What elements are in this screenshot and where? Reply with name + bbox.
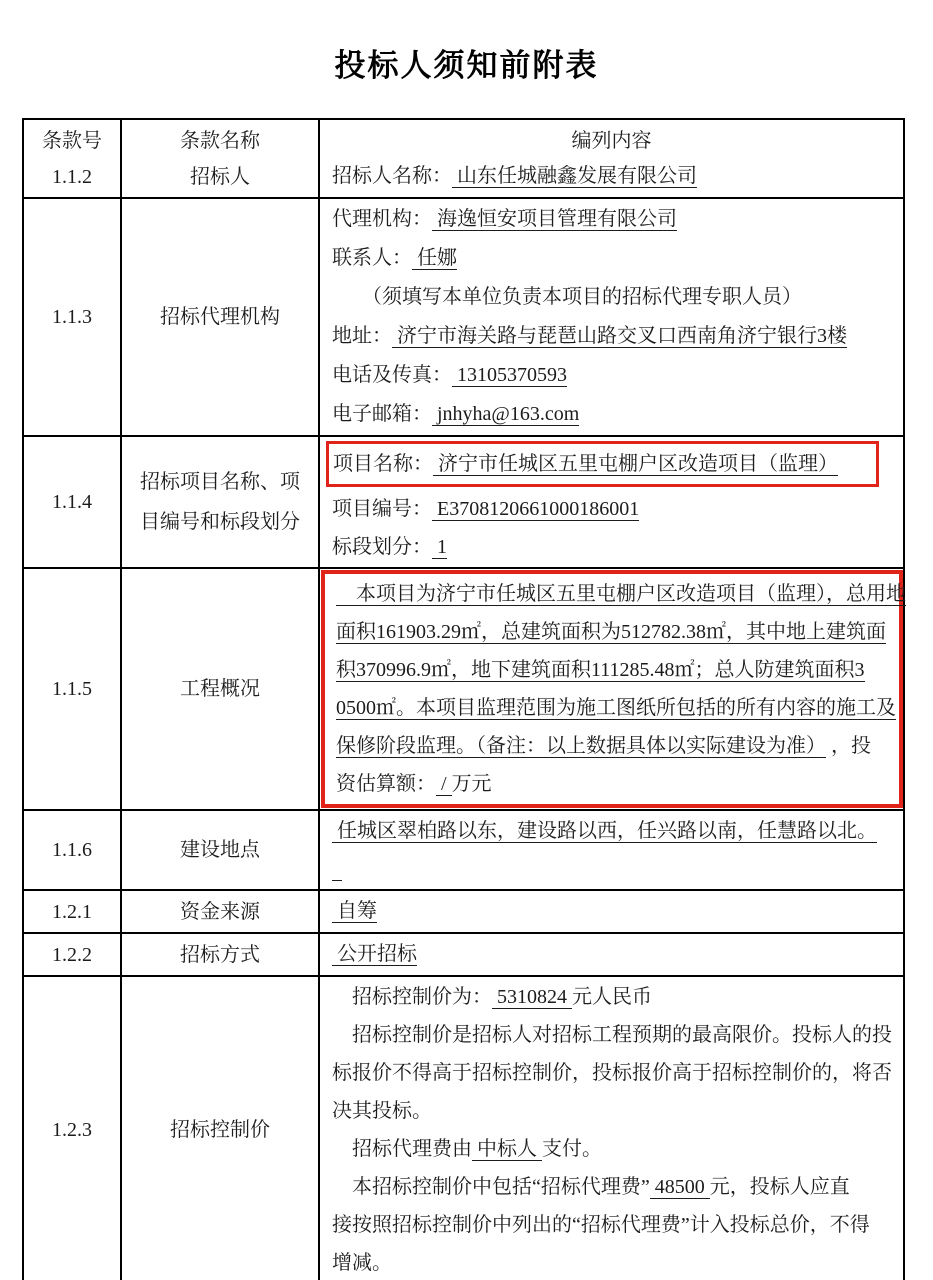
content-line: 接按照招标控制价中列出的“招标代理费”计入投标总价，不得 — [332, 1206, 895, 1244]
text-segment: 支付。 — [542, 1138, 602, 1160]
content-line — [332, 850, 895, 888]
content-line: 招标控制价为： 5310824 元人民币 — [332, 978, 895, 1016]
content-line: 决其投标。 — [332, 1092, 895, 1130]
filled-value: 13105370593 — [452, 364, 567, 387]
clause-no: 1.1.6 — [24, 811, 120, 889]
filled-value: 海逸恒安项目管理有限公司 — [432, 208, 677, 231]
text-segment: 招标控制价为： — [332, 986, 492, 1008]
content-line: 招标人名称： 山东任城融鑫发展有限公司 — [332, 157, 697, 196]
table-row: 1.1.2招标人招标人名称： 山东任城融鑫发展有限公司 — [24, 156, 903, 197]
page-title: 投标人须知前附表 — [0, 40, 933, 85]
clause-content: 任城区翠柏路以东，建设路以西，任兴路以南，任慧路以北。 — [318, 811, 903, 889]
text-segment: 招标代理费由 — [332, 1138, 472, 1160]
clause-name-line: 招标人 — [190, 157, 250, 197]
clause-content: 本项目为济宁市任城区五里屯棚户区改造项目（监理），总用地面积161903.29㎡… — [318, 569, 903, 809]
content-line: 项目名称： 济宁市任城区五里屯棚户区改造项目（监理） — [333, 445, 872, 483]
filled-value: 1 — [432, 536, 447, 559]
clause-name: 招标人 — [120, 156, 318, 197]
text-segment: 代理机构： — [332, 208, 432, 230]
content-line: 招标代理费由 中标人 支付。 — [332, 1130, 895, 1168]
clause-name: 招标项目名称、项目编号和标段划分 — [120, 437, 318, 567]
content-line: 增减。 — [332, 1244, 895, 1280]
text-segment: 标报价不得高于招标控制价，投标报价高于招标控制价的，将否 — [332, 1062, 892, 1084]
filled-value: 自筹 — [332, 900, 377, 923]
filled-value: 本项目为济宁市任城区五里屯棚户区改造项目（监理），总用地 — [336, 583, 906, 606]
clause-name-line: 目编号和标段划分 — [140, 502, 300, 542]
text-segment: 电子邮箱： — [332, 403, 432, 425]
filled-value: 48500 — [650, 1176, 710, 1199]
content-line: 本招标控制价中包括“招标代理费” 48500 元，投标人应直 — [332, 1168, 895, 1206]
table-row: 1.1.4招标项目名称、项目编号和标段划分项目名称： 济宁市任城区五里屯棚户区改… — [24, 435, 903, 567]
content-line: 电子邮箱： jnhyha@163.com — [332, 395, 895, 434]
text-segment: 元人民币 — [572, 986, 652, 1008]
text-segment: 项目编号： — [332, 498, 432, 520]
content-line: （须填写本单位负责本项目的招标代理专职人员） — [332, 278, 895, 317]
table-row: 1.2.3招标控制价 招标控制价为： 5310824 元人民币 招标控制价是招标… — [24, 975, 903, 1280]
filled-value: 公开招标 — [332, 943, 417, 966]
table-row: 1.1.6建设地点 任城区翠柏路以东，建设路以西，任兴路以南，任慧路以北。 — [24, 809, 903, 889]
content-line: 资估算额： / 万元 — [336, 765, 891, 803]
text-segment: 决其投标。 — [332, 1100, 432, 1122]
clause-name-line: 建设地点 — [180, 830, 260, 870]
table-row: 1.2.1资金来源 自筹 — [24, 889, 903, 932]
text-segment: 万元 — [452, 773, 492, 795]
clause-no: 1.1.3 — [24, 199, 120, 435]
clause-name: 建设地点 — [120, 811, 318, 889]
text-segment: 电话及传真： — [332, 364, 452, 386]
clause-content: 项目名称： 济宁市任城区五里屯棚户区改造项目（监理）项目编号： E3708120… — [318, 437, 903, 567]
table-row: 1.2.2招标方式 公开招标 — [24, 932, 903, 975]
filled-value: 面积161903.29㎡，总建筑面积为512782.38㎡，其中地上建筑面 — [336, 621, 886, 644]
content-line: 代理机构： 海逸恒安项目管理有限公司 — [332, 200, 895, 239]
clause-name-line: 招标代理机构 — [160, 297, 280, 337]
clause-no: 1.2.3 — [24, 977, 120, 1280]
content-line: 标段划分： 1 — [332, 528, 895, 566]
filled-value — [332, 858, 342, 881]
filled-value: 济宁市任城区五里屯棚户区改造项目（监理） — [433, 453, 838, 476]
text-segment: 地址： — [332, 325, 392, 347]
clause-name-line: 资金来源 — [180, 892, 260, 932]
content-line: 本项目为济宁市任城区五里屯棚户区改造项目（监理），总用地 — [336, 575, 891, 613]
clause-content: 招标人名称： 山东任城融鑫发展有限公司 — [318, 156, 903, 197]
filled-value: 山东任城融鑫发展有限公司 — [452, 165, 697, 188]
clause-name: 工程概况 — [120, 569, 318, 809]
filled-value: 中标人 — [472, 1138, 542, 1161]
text-segment: 联系人： — [332, 247, 412, 269]
clause-name-line: 招标控制价 — [170, 1110, 270, 1150]
text-segment: ，投 — [826, 735, 871, 757]
filled-value: 任城区翠柏路以东，建设路以西，任兴路以南，任慧路以北。 — [332, 820, 877, 843]
clause-no: 1.2.2 — [24, 934, 120, 975]
text-segment: 项目名称： — [333, 453, 433, 475]
table-row: 1.1.5工程概况 本项目为济宁市任城区五里屯棚户区改造项目（监理），总用地面积… — [24, 567, 903, 809]
content-line: 标报价不得高于招标控制价，投标报价高于招标控制价的，将否 — [332, 1054, 895, 1092]
text-segment: 招标人名称： — [332, 165, 452, 187]
clause-content: 代理机构： 海逸恒安项目管理有限公司联系人： 任娜 （须填写本单位负责本项目的招… — [318, 199, 903, 435]
text-segment: 资估算额： — [336, 773, 436, 795]
filled-value: / — [436, 773, 452, 796]
table-header-row: 条款号 条款名称 编列内容 — [24, 120, 903, 156]
text-segment: 元，投标人应直 — [710, 1176, 850, 1198]
filled-value: jnhyha@163.com — [432, 403, 579, 426]
clause-content: 公开招标 — [318, 934, 903, 975]
content-line: 联系人： 任娜 — [332, 239, 895, 278]
clause-no: 1.1.2 — [24, 156, 120, 197]
filled-value: 积370996.9㎡，地下建筑面积111285.48㎡；总人防建筑面积3 — [336, 659, 865, 682]
content-line: 积370996.9㎡，地下建筑面积111285.48㎡；总人防建筑面积3 — [336, 651, 891, 689]
content-line: 项目编号： E3708120661000186001 — [332, 490, 895, 528]
content-line: 公开招标 — [332, 935, 417, 974]
text-segment: （须填写本单位负责本项目的招标代理专职人员） — [332, 286, 802, 308]
content-line: 保修阶段监理。（备注：以上数据具体以实际建设为准） ，投 — [336, 727, 891, 765]
table-row: 1.1.3招标代理机构代理机构： 海逸恒安项目管理有限公司联系人： 任娜 （须填… — [24, 197, 903, 435]
header-clause-name: 条款名称 — [120, 120, 318, 156]
clause-no: 1.1.4 — [24, 437, 120, 567]
content-line: 电话及传真： 13105370593 — [332, 356, 895, 395]
filled-value: 5310824 — [492, 986, 572, 1009]
clause-name: 招标代理机构 — [120, 199, 318, 435]
highlight-box: 项目名称： 济宁市任城区五里屯棚户区改造项目（监理） — [326, 441, 879, 487]
filled-value: 济宁市海关路与琵琶山路交叉口西南角济宁银行3楼 — [392, 325, 847, 348]
content-line: 自筹 — [332, 892, 377, 931]
clauses-table: 条款号 条款名称 编列内容 1.1.2招标人招标人名称： 山东任城融鑫发展有限公… — [22, 118, 905, 1280]
clause-name: 招标方式 — [120, 934, 318, 975]
clause-content: 自筹 — [318, 891, 903, 932]
header-content: 编列内容 — [318, 120, 903, 156]
content-line: 地址： 济宁市海关路与琵琶山路交叉口西南角济宁银行3楼 — [332, 317, 895, 356]
text-segment: 标段划分： — [332, 536, 432, 558]
clause-content: 招标控制价为： 5310824 元人民币 招标控制价是招标人对招标工程预期的最高… — [318, 977, 903, 1280]
clause-name: 招标控制价 — [120, 977, 318, 1280]
filled-value: 0500㎡。本项目监理范围为施工图纸所包括的所有内容的施工及 — [336, 697, 896, 720]
clause-name-line: 招标项目名称、项 — [140, 462, 300, 502]
text-segment: 接按照招标控制价中列出的“招标代理费”计入投标总价，不得 — [332, 1214, 870, 1236]
filled-value: E3708120661000186001 — [432, 498, 639, 521]
content-line: 任城区翠柏路以东，建设路以西，任兴路以南，任慧路以北。 — [332, 812, 895, 850]
clause-no: 1.1.5 — [24, 569, 120, 809]
clause-name: 资金来源 — [120, 891, 318, 932]
highlight-box: 本项目为济宁市任城区五里屯棚户区改造项目（监理），总用地面积161903.29㎡… — [321, 570, 903, 808]
content-line: 招标控制价是招标人对招标工程预期的最高限价。投标人的投 — [332, 1016, 895, 1054]
filled-value: 任娜 — [412, 247, 457, 270]
header-clause-no: 条款号 — [24, 120, 120, 156]
content-line: 0500㎡。本项目监理范围为施工图纸所包括的所有内容的施工及 — [336, 689, 891, 727]
table-body: 1.1.2招标人招标人名称： 山东任城融鑫发展有限公司1.1.3招标代理机构代理… — [24, 156, 903, 1280]
text-segment: 招标控制价是招标人对招标工程预期的最高限价。投标人的投 — [332, 1024, 892, 1046]
filled-value: 保修阶段监理。（备注：以上数据具体以实际建设为准） — [336, 735, 826, 758]
content-line: 面积161903.29㎡，总建筑面积为512782.38㎡，其中地上建筑面 — [336, 613, 891, 651]
clause-name-line: 工程概况 — [180, 669, 260, 709]
clause-no: 1.2.1 — [24, 891, 120, 932]
text-segment: 本招标控制价中包括“招标代理费” — [332, 1176, 650, 1198]
text-segment: 增减。 — [332, 1252, 392, 1274]
clause-name-line: 招标方式 — [180, 935, 260, 975]
